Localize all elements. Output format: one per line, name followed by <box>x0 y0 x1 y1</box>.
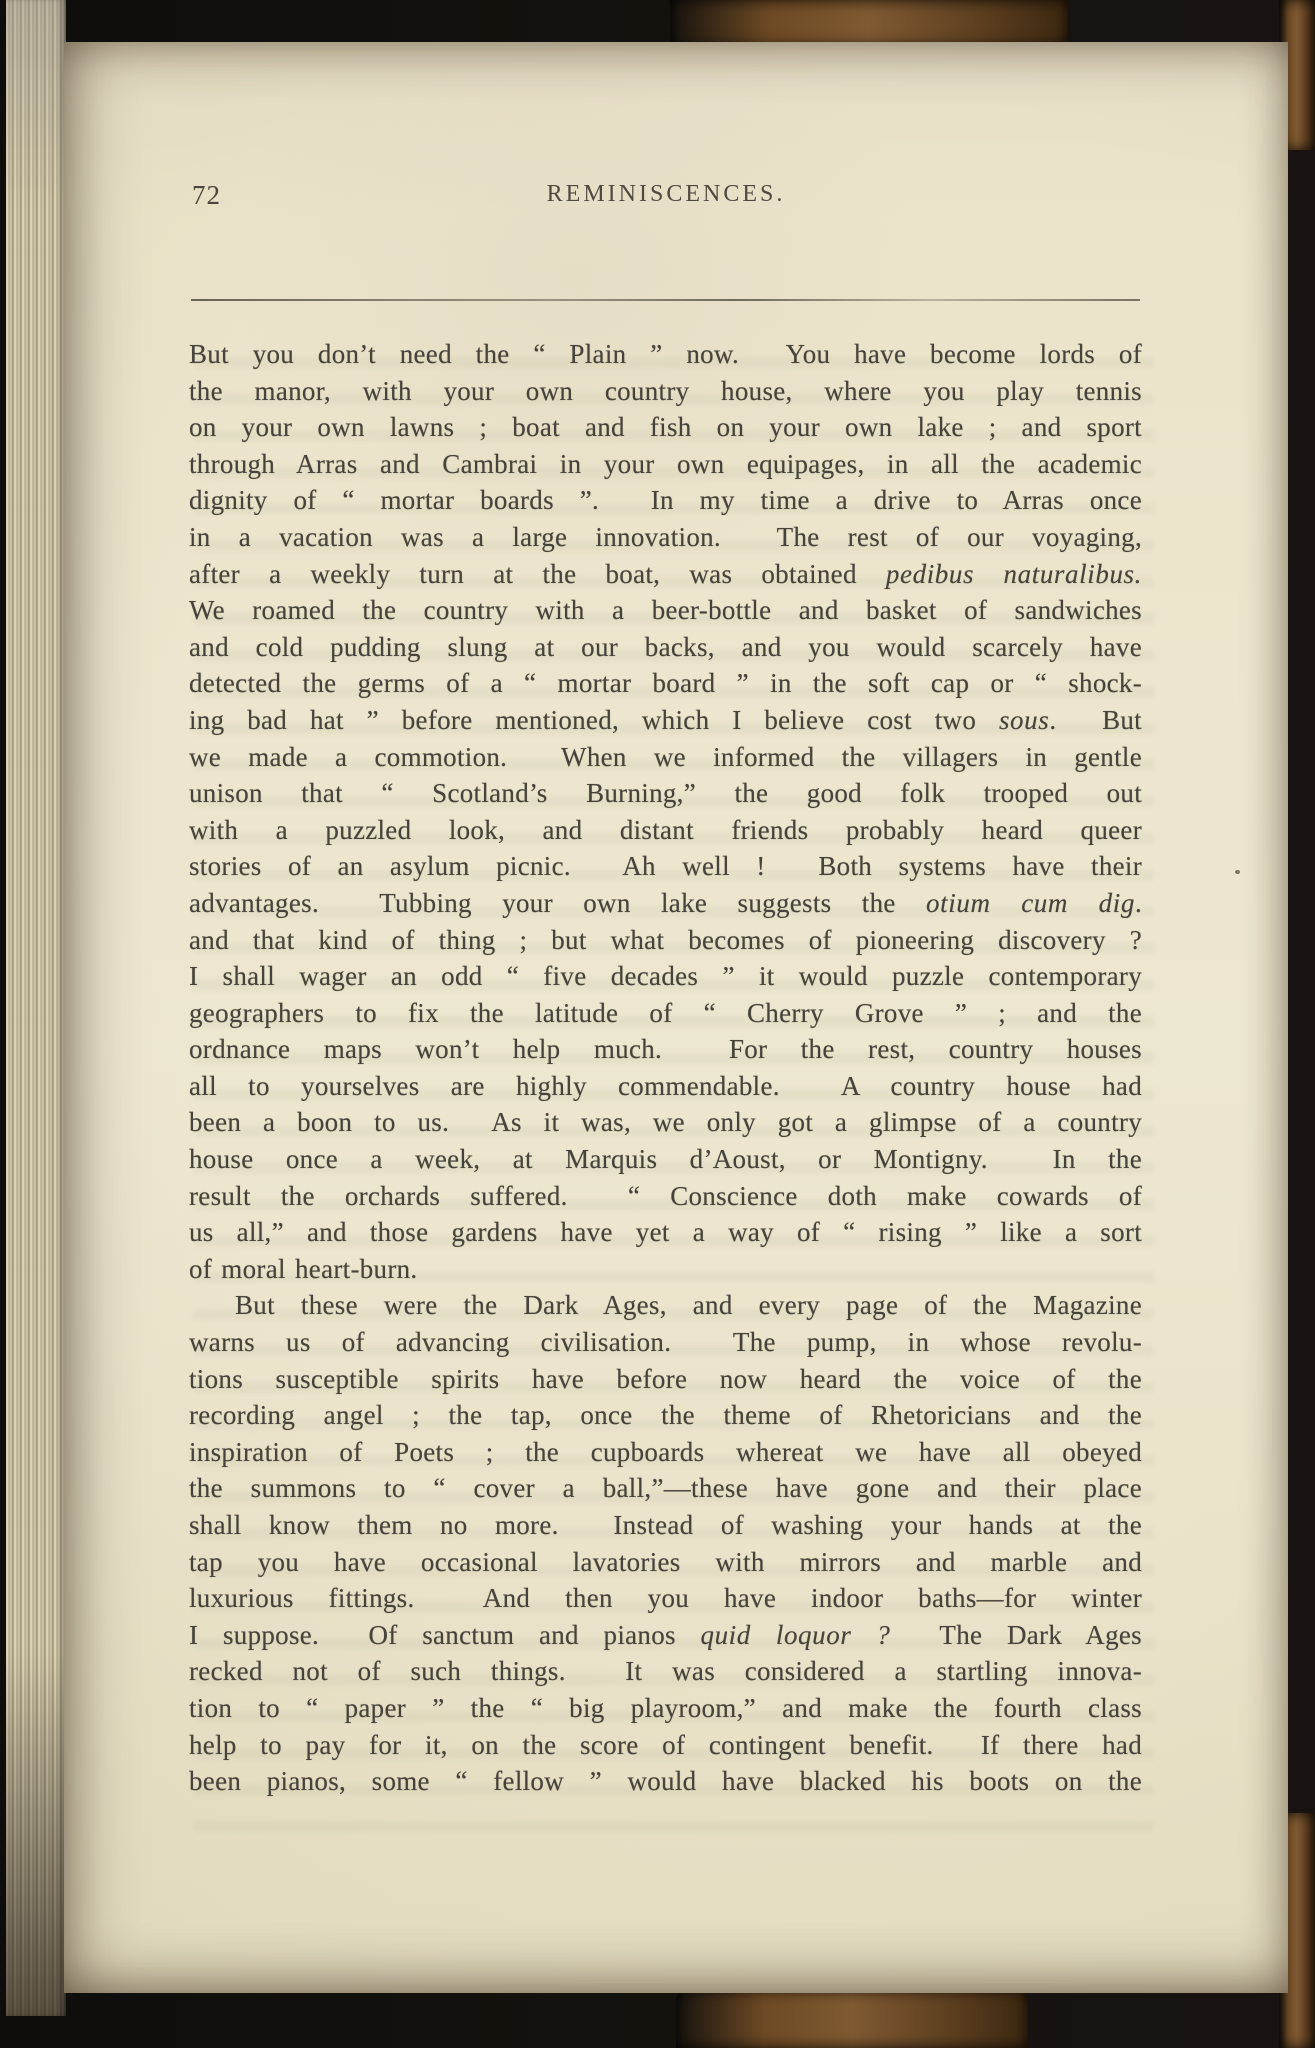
text-line: us all,” and those gardens have yet a wa… <box>189 1214 1142 1251</box>
text-line: house once a week, at Marquis d’Aoust, o… <box>189 1141 1142 1178</box>
text-line: result the orchards suffered. “ Conscien… <box>189 1178 1142 1215</box>
text-line: tap you have occasional lavatories with … <box>189 1544 1142 1581</box>
text-line: tion to “ paper ” the “ big playroom,” a… <box>189 1690 1142 1727</box>
text-line: warns us of advancing civilisation. The … <box>189 1324 1142 1361</box>
text-line: We roamed the country with a beer-bottle… <box>189 592 1142 629</box>
text-line: of moral heart-burn. <box>189 1251 1142 1288</box>
scanned-book-page: 72 REMINISCENCES. But you don’t need the… <box>0 0 1315 2048</box>
text-line: been a boon to us. As it was, we only go… <box>189 1104 1142 1141</box>
text-line: ordnance maps won’t help much. For the r… <box>189 1031 1142 1068</box>
text-line: detected the germs of a “ mortar board ”… <box>189 665 1142 702</box>
text-line: But you don’t need the “ Plain ” now. Yo… <box>189 336 1142 373</box>
text-line: But these were the Dark Ages, and every … <box>189 1287 1142 1324</box>
book-page: 72 REMINISCENCES. But you don’t need the… <box>64 42 1288 1993</box>
header-rule <box>191 299 1140 301</box>
text-line: inspiration of Poets ; the cupboards whe… <box>189 1434 1142 1471</box>
running-head: REMINISCENCES. <box>190 181 1142 208</box>
text-line: we made a commotion. When we informed th… <box>189 739 1142 776</box>
text-line: stories of an asylum picnic. Ah well ! B… <box>189 848 1142 885</box>
text-line: on your own lawns ; boat and fish on you… <box>189 409 1142 446</box>
book-fore-edge-pages <box>6 0 66 2016</box>
text-line: I shall wager an odd “ five decades ” it… <box>189 958 1142 995</box>
text-line: unison that “ Scotland’s Burning,” the g… <box>189 775 1142 812</box>
text-line: ing bad hat ” before mentioned, which I … <box>189 702 1142 739</box>
text-line: all to yourselves are highly commendable… <box>189 1068 1142 1105</box>
text-line: advantages. Tubbing your own lake sugges… <box>189 885 1142 922</box>
text-line: recked not of such things. It was consid… <box>189 1653 1142 1690</box>
text-line: been pianos, some “ fellow ” would have … <box>189 1763 1142 1800</box>
text-line: the manor, with your own country house, … <box>189 373 1142 410</box>
text-line: dignity of “ mortar boards ”. In my time… <box>189 482 1142 519</box>
page-header: 72 REMINISCENCES. <box>190 180 1142 214</box>
text-line: and cold pudding slung at our backs, and… <box>189 629 1142 666</box>
leather-binding-bottom <box>676 1990 1028 2048</box>
body-text: But you don’t need the “ Plain ” now. Yo… <box>189 336 1142 1800</box>
text-line: luxurious fittings. And then you have in… <box>189 1580 1142 1617</box>
text-line: after a weekly turn at the boat, was obt… <box>189 556 1142 593</box>
text-line: help to pay for it, on the score of cont… <box>189 1727 1142 1764</box>
text-line: tions susceptible spirits have before no… <box>189 1361 1142 1398</box>
text-line: and that kind of thing ; but what become… <box>189 922 1142 959</box>
text-line: recording angel ; the tap, once the them… <box>189 1397 1142 1434</box>
ink-speck <box>1235 870 1240 874</box>
text-line: shall know them no more. Instead of wash… <box>189 1507 1142 1544</box>
text-line: I suppose. Of sanctum and pianos quid lo… <box>189 1617 1142 1654</box>
text-line: through Arras and Cambrai in your own eq… <box>189 446 1142 483</box>
text-line: with a puzzled look, and distant friends… <box>189 812 1142 849</box>
text-line: geographers to fix the latitude of “ Che… <box>189 995 1142 1032</box>
text-line: in a vacation was a large innovation. Th… <box>189 519 1142 556</box>
leather-binding-top <box>670 0 1068 46</box>
text-line: the summons to “ cover a ball,”—these ha… <box>189 1470 1142 1507</box>
